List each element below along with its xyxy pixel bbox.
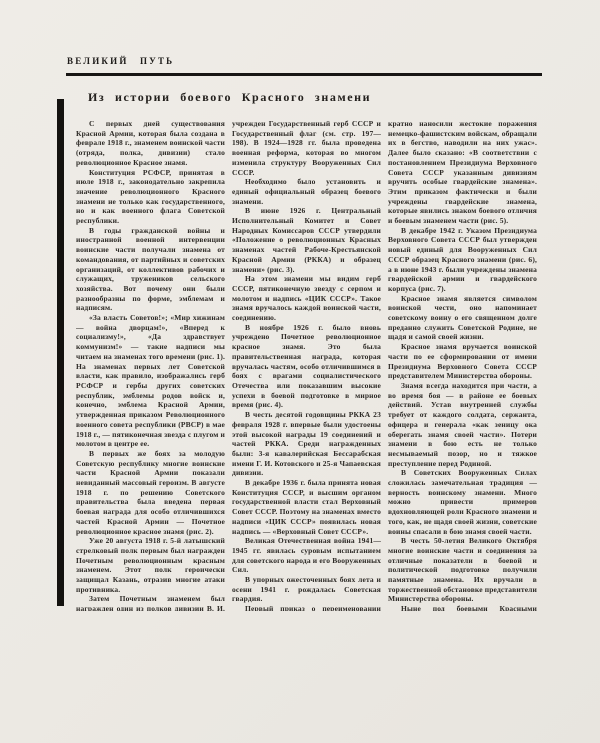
paragraph: учрежден Государственный герб СССР и Гос… (232, 119, 381, 177)
header-rule (66, 73, 542, 76)
paragraph: В ноябре 1926 г. было вновь учреждено По… (232, 323, 381, 410)
text-column-2: учрежден Государственный герб СССР и Гос… (232, 119, 381, 611)
paragraph: Необходимо было установить и единый офиц… (232, 177, 381, 206)
paragraph: Ныне под боевыми Красными знаменами Сове… (388, 604, 537, 611)
text-column-3: кратно наносили жестокие поражения немец… (388, 119, 537, 611)
paragraph: В честь 50-летия Великого Октября многие… (388, 536, 537, 604)
paragraph: Красное знамя является символом воинской… (388, 294, 537, 343)
paragraph: В годы гражданской войны и иностранной в… (76, 226, 225, 313)
paragraph: «За власть Советов!»; «Мир хижинам — вой… (76, 313, 225, 449)
paragraph: Конституция РСФСР, принятая в июле 1918 … (76, 168, 225, 226)
paragraph: С первых дней существования Красной Арми… (76, 119, 225, 168)
left-margin-bar (57, 99, 64, 606)
paragraph: В декабре 1942 г. Указом Президиума Верх… (388, 226, 537, 294)
paragraph: На этом знамени мы видим герб СССР, пяти… (232, 274, 381, 323)
paragraph: кратно наносили жестокие поражения немец… (388, 119, 537, 226)
running-header: ВЕЛИКИЙ ПУТЬ (67, 56, 174, 66)
paragraph: В честь десятой годовщины РККА 23 феврал… (232, 410, 381, 478)
paragraph: Знамя всегда находится при части, а во в… (388, 381, 537, 468)
paragraph: Красное знамя вручается воинской части п… (388, 342, 537, 381)
text-column-1: С первых дней существования Красной Арми… (76, 119, 225, 611)
paragraph: В декабре 1936 г. была принята новая Кон… (232, 478, 381, 536)
paragraph: Затем Почетным знаменем был награжден од… (76, 594, 225, 611)
paragraph: Уже 20 августа 1918 г. 5-й латышский стр… (76, 536, 225, 594)
paragraph: Великая Отечественная война 1941—1945 гг… (232, 536, 381, 575)
paragraph: В первых же боях за молодую Советскую ре… (76, 449, 225, 536)
paragraph: В Советских Вооруженных Силах сложилась … (388, 468, 537, 536)
article-title: Из истории боевого Красного знамени (88, 90, 371, 105)
paragraph: В июне 1926 г. Центральный Исполнительны… (232, 206, 381, 274)
scanned-page: ВЕЛИКИЙ ПУТЬ Из истории боевого Красного… (0, 0, 600, 743)
paragraph: В упорных ожесточенных боях лета и осени… (232, 575, 381, 604)
article-columns: С первых дней существования Красной Арми… (76, 119, 538, 611)
paragraph: Первый приказ о переименовании 100, 127,… (232, 604, 381, 611)
